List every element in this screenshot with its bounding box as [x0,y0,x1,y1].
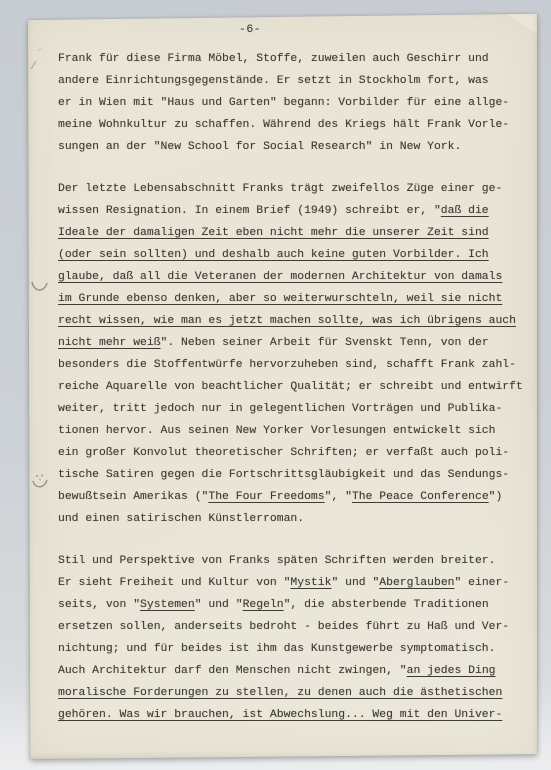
document-line: seits, von "Systemen" und "Regeln", die … [58,594,521,616]
text-segment: reiche Aquarelle von beachtlicher Qualit… [58,381,523,393]
underlined-text-segment: glaube, daß all die Veteranen der modern… [58,271,502,283]
underlined-text-segment: gehören. Was wir brauchen, ist Abwechslu… [58,709,502,721]
document-line: wissen Resignation. In einem Brief (1949… [58,200,521,222]
document-body: Frank für diese Firma Möbel, Stoffe, zuw… [58,48,521,726]
text-segment: weiter, tritt jedoch nur in gelegentlich… [58,403,502,415]
cutoff-header-text: JOSEF FRANK [228,13,336,20]
document-line: meine Wohnkultur zu schaffen. Während de… [58,114,521,136]
underlined-text-segment: Systemen [140,599,195,611]
text-segment: sungen an der "New School for Social Res… [58,141,461,153]
document-line: moralische Forderungen zu stellen, zu de… [58,682,521,704]
text-segment: ersetzen sollen, anderseits bedroht - be… [58,621,509,633]
pencil-slash-mark [28,47,44,77]
text-segment: tionen hervor. Aus seinen New Yorker Vor… [58,425,495,437]
document-line: (oder sein sollten) und deshalb auch kei… [58,244,521,266]
pencil-scribble-mark [30,468,52,492]
underlined-text-segment: The Four Freedoms [208,491,324,503]
document-line: glaube, daß all die Veteranen der modern… [58,266,521,288]
document-line: bewußtsein Amerikas ("The Four Freedoms"… [58,486,521,508]
text-segment: " und " [195,599,243,611]
paragraph: Der letzte Lebensabschnitt Franks trägt … [58,178,521,530]
document-line: tionen hervor. Aus seinen New Yorker Vor… [58,420,521,442]
pencil-arc-mark [30,278,50,300]
document-line: im Grunde ebenso denken, aber so weiterw… [58,288,521,310]
text-segment: ") [489,491,503,503]
document-line: sungen an der "New School for Social Res… [58,136,521,158]
text-segment: nichtung; und für beides ist ihm das Kun… [58,643,495,655]
underlined-text-segment: moralische Forderungen zu stellen, zu de… [58,687,502,699]
document-line: andere Einrichtungsgegenstände. Er setzt… [58,70,521,92]
scanned-document-page: JOSEF FRANK -6- Frank für diese Firma Mö… [28,13,537,759]
text-segment: besonders die Stoffentwürfe hervorzuhebe… [58,359,516,371]
text-segment: Stil und Perspektive von Franks späten S… [58,555,495,567]
document-line: ersetzen sollen, anderseits bedroht - be… [58,616,521,638]
text-segment: Frank für diese Firma Möbel, Stoffe, zuw… [58,53,489,65]
text-segment: er in Wien mit "Haus und Garten" begann:… [58,97,509,109]
document-line: nichtung; und für beides ist ihm das Kun… [58,638,521,660]
text-segment: bewußtsein Amerikas (" [58,491,208,503]
document-line: Der letzte Lebensabschnitt Franks trägt … [58,178,521,200]
underlined-text-segment: The Peace Conference [352,491,489,503]
document-line: Ideale der damaligen Zeit eben nicht meh… [58,222,521,244]
document-line: weiter, tritt jedoch nur in gelegentlich… [58,398,521,420]
underlined-text-segment: an jedes Ding [407,665,496,677]
page-number: -6- [239,24,261,36]
underlined-text-segment: Ideale der damaligen Zeit eben nicht meh… [58,227,489,239]
text-segment: wissen Resignation. In einem Brief (1949… [58,205,441,217]
underlined-text-segment: Aberglauben [379,577,454,589]
document-line: Stil und Perspektive von Franks späten S… [58,550,521,572]
document-line: Auch Architektur darf den Menschen nicht… [58,660,521,682]
underlined-text-segment: Mystik [290,577,331,589]
underlined-text-segment: nicht mehr weiß [58,337,161,349]
text-segment: ", die absterbende Traditionen [284,599,489,611]
underlined-text-segment: (oder sein sollten) und deshalb auch kei… [58,249,489,261]
document-line: er in Wien mit "Haus und Garten" begann:… [58,92,521,114]
text-segment: ", " [325,491,352,503]
document-line: ein großer Konvolut theoretischer Schrif… [58,442,521,464]
document-line: tische Satiren gegen die Fortschrittsglä… [58,464,521,486]
document-line: nicht mehr weiß". Neben seiner Arbeit fü… [58,332,521,354]
underlined-text-segment: Regeln [243,599,284,611]
paragraph: Frank für diese Firma Möbel, Stoffe, zuw… [58,48,521,158]
text-segment: tische Satiren gegen die Fortschrittsglä… [58,469,509,481]
cutoff-header-label: JOSEF FRANK [228,13,336,20]
text-segment: ". Neben seiner Arbeit für Svenskt Tenn,… [161,337,489,349]
underlined-text-segment: recht wissen, wie man es jetzt machen so… [58,315,516,327]
folded-corner [507,14,537,34]
text-segment: Der letzte Lebensabschnitt Franks trägt … [58,183,502,195]
text-segment: " und " [331,577,379,589]
document-line: und einen satirischen Künstlerroman. [58,508,521,530]
paper-sheet: JOSEF FRANK -6- Frank für diese Firma Mö… [28,13,537,759]
text-segment: seits, von " [58,599,140,611]
underlined-text-segment: im Grunde ebenso denken, aber so weiterw… [58,293,502,305]
underlined-text-segment: daß die [441,205,489,217]
text-segment: Auch Architektur darf den Menschen nicht… [58,665,407,677]
text-segment: ein großer Konvolut theoretischer Schrif… [58,447,509,459]
document-line: reiche Aquarelle von beachtlicher Qualit… [58,376,521,398]
document-line: Frank für diese Firma Möbel, Stoffe, zuw… [58,48,521,70]
document-line: gehören. Was wir brauchen, ist Abwechslu… [58,704,521,726]
text-segment: andere Einrichtungsgegenstände. Er setzt… [58,75,489,87]
document-line: besonders die Stoffentwürfe hervorzuhebe… [58,354,521,376]
document-line: Er sieht Freiheit und Kultur von "Mystik… [58,572,521,594]
text-segment: Er sieht Freiheit und Kultur von " [58,577,290,589]
paragraph: Stil und Perspektive von Franks späten S… [58,550,521,726]
text-segment: und einen satirischen Künstlerroman. [58,513,304,525]
text-segment: meine Wohnkultur zu schaffen. Während de… [58,119,509,131]
document-line: recht wissen, wie man es jetzt machen so… [58,310,521,332]
text-segment: " einer- [455,577,510,589]
